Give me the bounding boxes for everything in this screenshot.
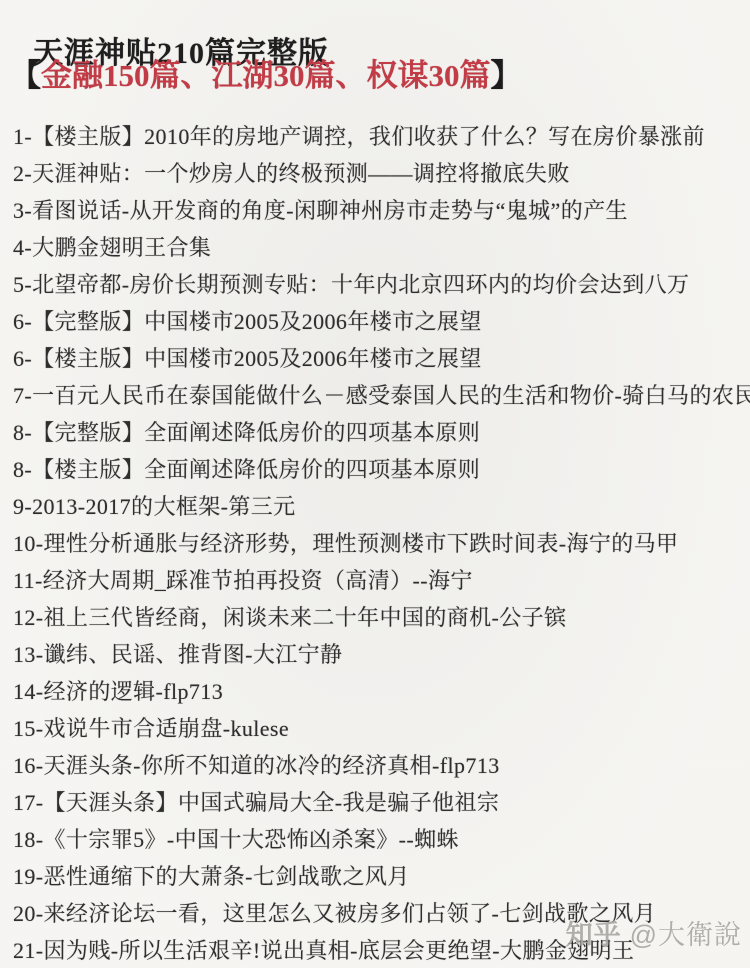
zhihu-logo: 知乎 xyxy=(566,920,622,950)
post-list: 1-【楼主版】2010年的房地产调控，我们收获了什么？写在房价暴涨前2-天涯神贴… xyxy=(13,118,750,968)
list-item: 12-祖上三代皆经商，闲谈未来二十年中国的商机-公子镔 xyxy=(13,599,750,636)
watermark: 知乎@大衛說 xyxy=(566,913,742,952)
list-item: 15-戏说牛市合适崩盘-kulese xyxy=(13,710,750,747)
list-item: 6-【完整版】中国楼市2005及2006年楼市之展望 xyxy=(13,303,750,340)
list-item: 6-【楼主版】中国楼市2005及2006年楼市之展望 xyxy=(13,340,750,377)
list-item: 7-一百元人民币在泰国能做什么－感受泰国人民的生活和物价-骑白马的农民 xyxy=(13,377,750,414)
list-item: 11-经济大周期_踩准节拍再投资（高清）--海宁 xyxy=(13,562,750,599)
list-item: 9-2013-2017的大框架-第三元 xyxy=(13,488,750,525)
list-item: 18-《十宗罪5》-中国十大恐怖凶杀案》--蜘蛛 xyxy=(13,821,750,858)
list-item: 8-【楼主版】全面阐述降低房价的四项基本原则 xyxy=(13,451,750,488)
subtitle-close-bracket: 】 xyxy=(491,58,522,93)
document-page: 天涯神贴210篇完整版 【金融150篇、江湖30篇、权谋30篇】 1-【楼主版】… xyxy=(0,0,750,968)
list-item: 17-【天涯头条】中国式骗局大全-我是骗子他祖宗 xyxy=(13,784,750,821)
list-item: 13-谶纬、民谣、推背图-大江宁静 xyxy=(13,636,750,673)
list-item: 14-经济的逻辑-flp713 xyxy=(13,673,750,710)
list-item: 19-恶性通缩下的大萧条-七剑战歌之风月 xyxy=(13,858,750,895)
list-item: 1-【楼主版】2010年的房地产调控，我们收获了什么？写在房价暴涨前 xyxy=(13,118,750,155)
subtitle-text: 金融150篇、江湖30篇、权谋30篇 xyxy=(41,58,491,93)
page-subtitle: 【金融150篇、江湖30篇、权谋30篇】 xyxy=(10,50,522,95)
list-item: 16-天涯头条-你所不知道的冰冷的经济真相-flp713 xyxy=(13,747,750,784)
list-item: 2-天涯神贴：一个炒房人的终极预测——调控将撤底失败 xyxy=(13,155,750,192)
watermark-handle: @大衛說 xyxy=(630,920,742,950)
subtitle-open-bracket: 【 xyxy=(10,58,41,93)
list-item: 10-理性分析通胀与经济形势，理性预测楼市下跌时间表-海宁的马甲 xyxy=(13,525,750,562)
list-item: 3-看图说话-从开发商的角度-闲聊神州房市走势与“鬼城”的产生 xyxy=(13,192,750,229)
list-item: 8-【完整版】全面阐述降低房价的四项基本原则 xyxy=(13,414,750,451)
list-item: 4-大鹏金翅明王合集 xyxy=(13,229,750,266)
list-item: 5-北望帝都-房价长期预测专贴：十年内北京四环内的均价会达到八万 xyxy=(13,266,750,303)
